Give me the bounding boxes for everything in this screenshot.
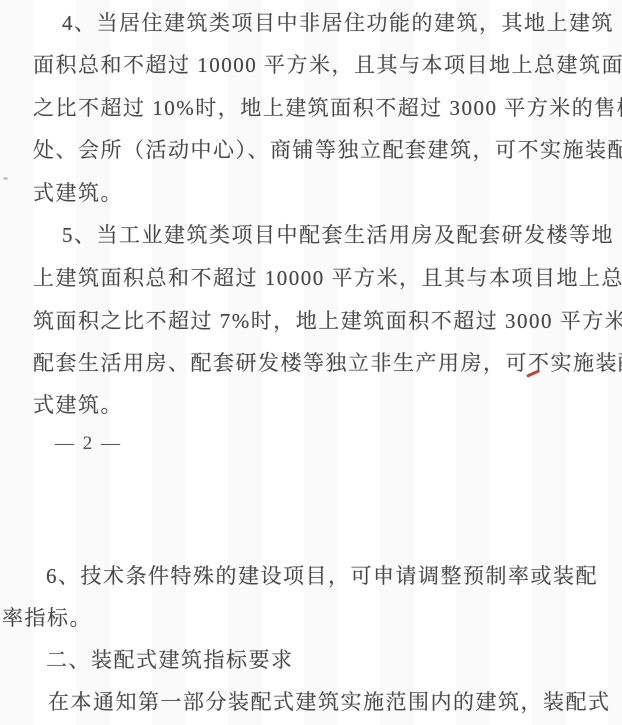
p4-line-1: 4、当居住建筑类项目中非居住功能的建筑，其地上建筑 bbox=[62, 10, 614, 36]
section-2-heading: 二、装配式建筑指标要求 bbox=[46, 647, 294, 673]
page-number: — 2 — bbox=[55, 433, 122, 455]
p5-line-1: 5、当工业建筑类项目中配套生活用房及配套研发楼等地 bbox=[62, 222, 614, 248]
section-2-intro-line-1: 在本通知第一部分装配式建筑实施范围内的建筑，装配式 bbox=[48, 689, 611, 715]
p6-line-2: 率指标。 bbox=[2, 605, 92, 631]
p4-line-5: 式建筑。 bbox=[33, 180, 123, 206]
scanned-document-page: 4、当居住建筑类项目中非居住功能的建筑，其地上建筑 面积总和不超过 10000 … bbox=[0, 0, 622, 725]
p5-line-2: 上建筑面积总和不超过 10000 平方米，且其与本项目地上总建 bbox=[33, 265, 622, 291]
scan-speck bbox=[3, 177, 8, 180]
p5-line-3: 筑面积之比不超过 7%时，地上建筑面积不超过 3000 平方米的 bbox=[33, 308, 622, 334]
p6-line-1: 6、技术条件特殊的建设项目，可申请调整预制率或装配 bbox=[46, 563, 598, 589]
p4-line-2: 面积总和不超过 10000 平方米，且其与本项目地上总建筑面积 bbox=[33, 52, 622, 78]
p5-line-5: 式建筑。 bbox=[33, 392, 123, 418]
p4-line-3: 之比不超过 10%时，地上建筑面积不超过 3000 平方米的售楼 bbox=[33, 95, 622, 121]
p4-line-4: 处、会所（活动中心）、商铺等独立配套建筑，可不实施装配 bbox=[33, 137, 622, 163]
